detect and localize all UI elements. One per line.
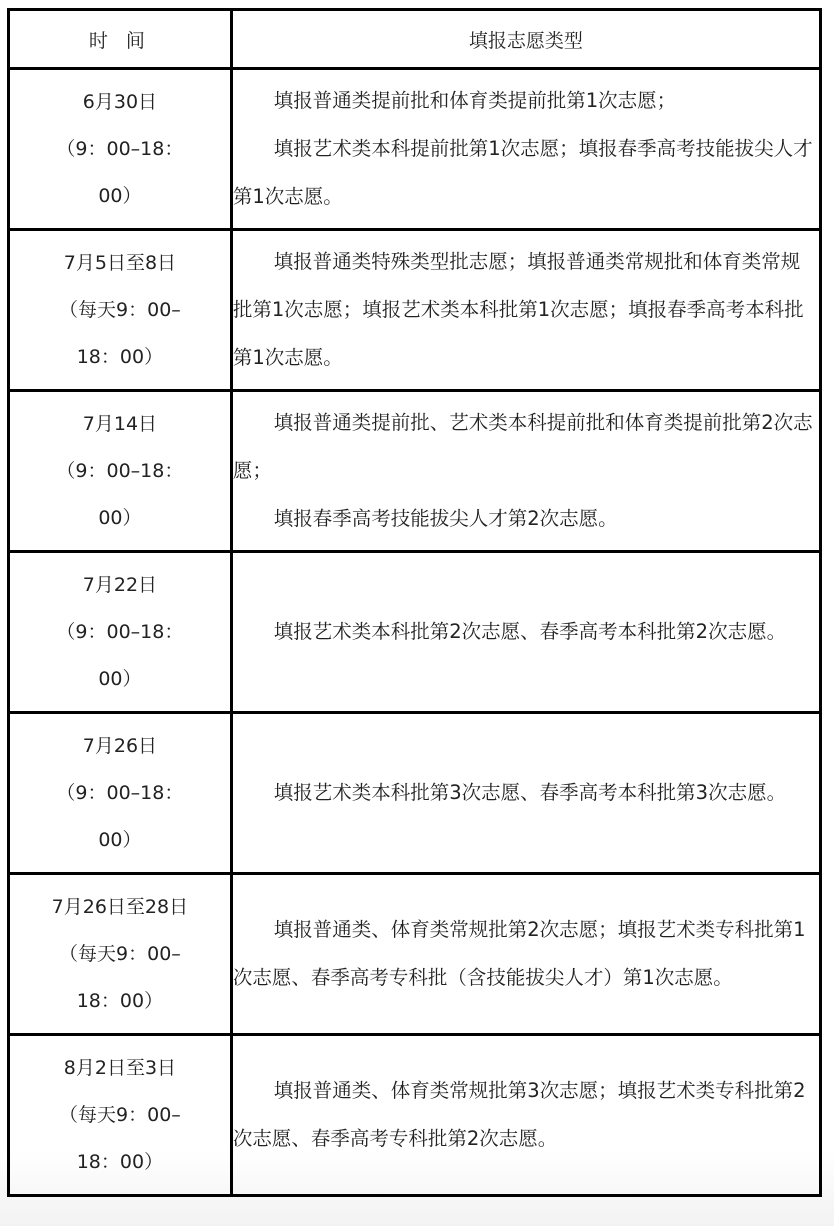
table-body: 6月30日 （9：00–18： 00） 填报普通类提前批和体育类提前批第1次志愿… [9, 69, 821, 1196]
time-cell: 7月14日 （9：00–18： 00） [9, 391, 232, 552]
time-hours-cont: 00） [10, 173, 230, 220]
time-hours-cont: 18：00） [10, 978, 230, 1025]
time-date: 7月26日 [10, 723, 230, 770]
time-hours-cont: 00） [10, 656, 230, 703]
time-hours: （9：00–18： [10, 609, 230, 656]
time-date: 8月2日至3日 [10, 1045, 230, 1092]
type-paragraph: 填报艺术类本科批第3次志愿、春季高考本科批第3次志愿。 [233, 769, 819, 817]
time-hours: （每天9：00– [10, 1092, 230, 1139]
time-hours-cont: 00） [10, 495, 230, 542]
type-cell: 填报普通类、体育类常规批第3次志愿；填报艺术类专科批第2次志愿、春季高考专科批第… [231, 1035, 820, 1196]
type-paragraph: 填报艺术类本科批第2次志愿、春季高考本科批第2次志愿。 [233, 608, 819, 656]
time-cell: 7月26日 （9：00–18： 00） [9, 713, 232, 874]
type-paragraph: 填报普通类特殊类型批志愿；填报普通类常规批和体育类常规批第1次志愿；填报艺术类本… [233, 238, 819, 382]
volunteer-schedule-table: 时 间 填报志愿类型 6月30日 （9：00–18： 00） 填报普通类提前批和… [7, 8, 822, 1197]
time-date: 7月14日 [10, 401, 230, 448]
table-header-row: 时 间 填报志愿类型 [9, 10, 821, 69]
type-cell: 填报普通类、体育类常规批第2次志愿；填报艺术类专科批第1次志愿、春季高考专科批（… [231, 874, 820, 1035]
table-row: 7月26日至28日 （每天9：00– 18：00） 填报普通类、体育类常规批第2… [9, 874, 821, 1035]
table-row: 7月5日至8日 （每天9：00– 18：00） 填报普通类特殊类型批志愿；填报普… [9, 230, 821, 391]
table-row: 7月22日 （9：00–18： 00） 填报艺术类本科批第2次志愿、春季高考本科… [9, 552, 821, 713]
time-date: 6月30日 [10, 79, 230, 126]
header-time-label: 时 间 [89, 30, 151, 52]
type-cell: 填报艺术类本科批第3次志愿、春季高考本科批第3次志愿。 [231, 713, 820, 874]
table-row: 8月2日至3日 （每天9：00– 18：00） 填报普通类、体育类常规批第3次志… [9, 1035, 821, 1196]
type-cell: 填报艺术类本科批第2次志愿、春季高考本科批第2次志愿。 [231, 552, 820, 713]
header-type-label: 填报志愿类型 [469, 30, 583, 52]
type-paragraph: 填报普通类、体育类常规批第3次志愿；填报艺术类专科批第2次志愿、春季高考专科批第… [233, 1067, 819, 1163]
type-paragraph: 填报普通类、体育类常规批第2次志愿；填报艺术类专科批第1次志愿、春季高考专科批（… [233, 906, 819, 1002]
time-cell: 7月22日 （9：00–18： 00） [9, 552, 232, 713]
time-cell: 6月30日 （9：00–18： 00） [9, 69, 232, 230]
time-hours-cont: 18：00） [10, 334, 230, 381]
time-cell: 7月5日至8日 （每天9：00– 18：00） [9, 230, 232, 391]
time-date: 7月5日至8日 [10, 240, 230, 287]
type-paragraph: 填报普通类提前批、艺术类本科提前批和体育类提前批第2次志愿； [233, 399, 819, 495]
time-cell: 8月2日至3日 （每天9：00– 18：00） [9, 1035, 232, 1196]
type-paragraph: 填报艺术类本科提前批第1次志愿；填报春季高考技能拔尖人才第1次志愿。 [233, 125, 819, 221]
type-cell: 填报普通类提前批和体育类提前批第1次志愿； 填报艺术类本科提前批第1次志愿；填报… [231, 69, 820, 230]
time-cell: 7月26日至28日 （每天9：00– 18：00） [9, 874, 232, 1035]
time-hours: （9：00–18： [10, 770, 230, 817]
time-hours-cont: 00） [10, 817, 230, 864]
time-hours-cont: 18：00） [10, 1139, 230, 1186]
type-cell: 填报普通类特殊类型批志愿；填报普通类常规批和体育类常规批第1次志愿；填报艺术类本… [231, 230, 820, 391]
type-cell: 填报普通类提前批、艺术类本科提前批和体育类提前批第2次志愿； 填报春季高考技能拔… [231, 391, 820, 552]
header-type: 填报志愿类型 [231, 10, 820, 69]
time-hours: （每天9：00– [10, 931, 230, 978]
header-time: 时 间 [9, 10, 232, 69]
time-hours: （9：00–18： [10, 126, 230, 173]
time-date: 7月26日至28日 [10, 884, 230, 931]
type-paragraph: 填报春季高考技能拔尖人才第2次志愿。 [233, 495, 819, 543]
type-paragraph: 填报普通类提前批和体育类提前批第1次志愿； [233, 77, 819, 125]
time-date: 7月22日 [10, 562, 230, 609]
time-hours: （每天9：00– [10, 287, 230, 334]
time-hours: （9：00–18： [10, 448, 230, 495]
table-row: 7月26日 （9：00–18： 00） 填报艺术类本科批第3次志愿、春季高考本科… [9, 713, 821, 874]
table-row: 6月30日 （9：00–18： 00） 填报普通类提前批和体育类提前批第1次志愿… [9, 69, 821, 230]
table-row: 7月14日 （9：00–18： 00） 填报普通类提前批、艺术类本科提前批和体育… [9, 391, 821, 552]
